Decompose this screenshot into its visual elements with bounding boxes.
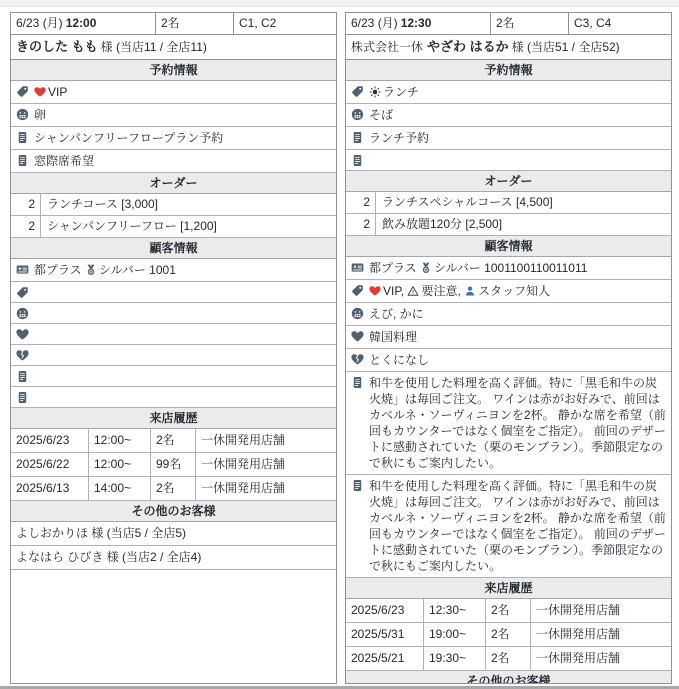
order-quantity: 2 (346, 214, 376, 235)
row-content: 韓国料理 (369, 329, 666, 345)
table-assignment: C3, C4 (569, 13, 671, 34)
visit-store: 一休開発用店舗 (196, 429, 336, 452)
warning-icon (407, 285, 419, 297)
sun-icon (369, 86, 381, 98)
row-content: ランチ予約 (369, 130, 666, 146)
info-row (346, 150, 671, 171)
visit-date: 2025/6/22 (11, 453, 89, 476)
info-row: VIP (11, 81, 336, 104)
row-content: ランチ (369, 84, 666, 100)
guest-name-row: 株式会社一休やざわ はるか様 (当店51 / 全店52) (346, 35, 671, 60)
panel-sections: 予約情報 ランチ そば ランチ予約 オーダー 2 ランチスペシャルコース [4,… (346, 60, 671, 684)
info-text: そば (369, 108, 393, 122)
info-row: ランチ (346, 81, 671, 104)
info-row (11, 345, 336, 366)
broken-heart-icon (16, 349, 29, 362)
tag-icon (16, 85, 29, 98)
party-size: 2名 (491, 13, 569, 34)
other-guest-row: よしおかりほ 様 (当店5 / 全店5) (11, 522, 336, 546)
info-row: ランチ予約 (346, 127, 671, 150)
top-strip (0, 0, 679, 7)
heart-icon (351, 330, 364, 343)
visit-date: 2025/5/21 (346, 647, 424, 670)
reservation-meta-row: 6/23 (月)12:00 2名 C1, C2 (11, 13, 336, 35)
reservation-time: 12:00 (66, 16, 97, 30)
info-text: 卵 (34, 108, 46, 122)
info-text: 韓国料理 (369, 330, 417, 344)
visit-history-row: 2025/5/31 19:00~ 2名 一休開発用店舗 (346, 623, 671, 647)
reservation-card: 6/23 (月)12:30 2名 C3, C4 株式会社一休やざわ はるか様 (… (345, 12, 672, 684)
row-content: 卵 (34, 107, 331, 123)
order-row: 2 飲み放題120分 [2,500] (346, 214, 671, 236)
visit-time: 19:30~ (424, 647, 486, 670)
row-content: 和牛を使用した料理を高く評価。特に「黒毛和牛の炭火焼」は毎回ご注文。 ワインは赤… (369, 478, 666, 574)
row-content: 都プラス シルバー 1001 (34, 262, 331, 278)
info-row: 韓国料理 (346, 326, 671, 349)
card-icon (351, 261, 364, 274)
medal-icon (85, 264, 97, 276)
info-text: 都プラス (369, 261, 420, 275)
table-assignment: C1, C2 (234, 13, 336, 34)
memo-icon (16, 154, 29, 167)
medal-icon (420, 262, 432, 274)
row-content: 窓際席希望 (34, 153, 331, 169)
row-content: とくになし (369, 352, 666, 368)
visit-party-size: 2名 (486, 647, 531, 670)
red-heart-icon (34, 86, 46, 98)
memo-icon (351, 131, 364, 144)
info-text: 和牛を使用した料理を高く評価。特に「黒毛和牛の炭火焼」は毎回ご注文。 ワインは赤… (369, 479, 666, 573)
visit-history-row: 2025/5/21 19:30~ 2名 一休開発用店舗 (346, 647, 671, 671)
info-row (11, 387, 336, 408)
section-header-order: オーダー (346, 171, 671, 192)
order-quantity: 2 (346, 192, 376, 213)
info-text: 要注意, (421, 284, 464, 298)
visit-store: 一休開発用店舗 (196, 477, 336, 500)
info-text: シルバー 1001100110011011 (434, 261, 587, 275)
visit-party-size: 2名 (151, 477, 196, 500)
order-item: ランチスペシャルコース [4,500] (376, 192, 671, 213)
order-row: 2 シャンパンフリーフロー [1,200] (11, 216, 336, 238)
info-text: VIP (48, 85, 67, 99)
memo-icon (16, 370, 29, 383)
info-row (11, 366, 336, 387)
visit-store: 一休開発用店舗 (531, 623, 671, 646)
info-text: ランチ (383, 85, 419, 99)
info-text: シルバー 1001 (99, 263, 176, 277)
section-header-info: 顧客情報 (11, 238, 336, 259)
section-header-history: 来店履歴 (346, 578, 671, 599)
order-item: 飲み放題120分 [2,500] (376, 214, 671, 235)
memo-icon (351, 154, 364, 167)
allergy-icon (351, 307, 364, 320)
info-text: 都プラス (34, 263, 85, 277)
order-row: 2 ランチコース [3,000] (11, 194, 336, 216)
info-text: 窓際席希望 (34, 154, 94, 168)
section-header-info: 顧客情報 (346, 236, 671, 257)
visit-store: 一休開発用店舗 (196, 453, 336, 476)
heart-icon (16, 328, 29, 341)
card-icon (16, 263, 29, 276)
memo-icon (351, 479, 364, 492)
tag-icon (351, 284, 364, 297)
info-row: とくになし (346, 349, 671, 372)
visit-history-row: 2025/6/23 12:00~ 2名 一休開発用店舗 (11, 429, 336, 453)
section-header-info: 予約情報 (11, 60, 336, 81)
info-text: スタッフ知人 (478, 284, 550, 298)
info-row: 都プラス シルバー 1001 (11, 259, 336, 282)
visit-time: 14:00~ (89, 477, 151, 500)
row-content: 和牛を使用した料理を高く評価。特に「黒毛和牛の炭火焼」は毎回ご注文。 ワインは赤… (369, 375, 666, 471)
visit-time: 12:00~ (89, 429, 151, 452)
order-item: ランチコース [3,000] (41, 194, 336, 215)
visit-date: 2025/5/31 (346, 623, 424, 646)
info-row: VIP, 要注意, スタッフ知人 (346, 280, 671, 303)
visit-party-size: 2名 (486, 623, 531, 646)
visit-date: 2025/6/23 (346, 599, 424, 622)
guest-name: きのした もも (16, 39, 98, 54)
visit-date: 2025/6/13 (11, 477, 89, 500)
memo-icon (351, 376, 364, 389)
tag-icon (351, 85, 364, 98)
row-content: そば (369, 107, 666, 123)
visit-store: 一休開発用店舗 (531, 647, 671, 670)
reservation-time: 12:30 (401, 16, 432, 30)
reservation-detail-popup: 6/23 (月)12:00 2名 C1, C2 きのした もも様 (当店11 /… (0, 0, 679, 689)
info-text: VIP, (383, 284, 407, 298)
visit-party-size: 2名 (151, 429, 196, 452)
guest-visit-counts: 様 (当店51 / 全店52) (512, 40, 620, 54)
red-heart-icon (369, 285, 381, 297)
allergy-icon (351, 108, 364, 121)
guest-name-row: きのした もも様 (当店11 / 全店11) (11, 35, 336, 60)
reservation-date: 6/23 (月) (16, 16, 63, 30)
row-content: VIP (34, 84, 331, 100)
reservation-meta-row: 6/23 (月)12:30 2名 C3, C4 (346, 13, 671, 35)
broken-heart-icon (351, 353, 364, 366)
section-header-order: オーダー (11, 173, 336, 194)
visit-history-row: 2025/6/22 12:00~ 99名 一休開発用店舗 (11, 453, 336, 477)
info-row: えび, かに (346, 303, 671, 326)
visit-date: 2025/6/23 (11, 429, 89, 452)
tag-icon (16, 286, 29, 299)
reservation-date: 6/23 (月) (351, 16, 398, 30)
section-header-guests: その他のお客様 (346, 671, 671, 684)
info-text: ランチ予約 (369, 131, 429, 145)
info-row: 和牛を使用した料理を高く評価。特に「黒毛和牛の炭火焼」は毎回ご注文。 ワインは赤… (346, 475, 671, 578)
guest-visit-counts: 様 (当店11 / 全店11) (101, 40, 207, 54)
visit-party-size: 99名 (151, 453, 196, 476)
visit-store: 一休開発用店舗 (531, 599, 671, 622)
guest-name: やざわ はるか (427, 39, 509, 54)
row-content: 都プラス シルバー 1001100110011011 (369, 260, 666, 276)
reservation-card: 6/23 (月)12:00 2名 C1, C2 きのした もも様 (当店11 /… (10, 12, 337, 684)
order-item: シャンパンフリーフロー [1,200] (41, 216, 336, 237)
info-row: 窓際席希望 (11, 150, 336, 173)
info-row: シャンパンフリーフロープラン予約 (11, 127, 336, 150)
info-row (11, 303, 336, 324)
info-row: 都プラス シルバー 1001100110011011 (346, 257, 671, 280)
allergy-icon (16, 108, 29, 121)
other-guest-row: よなはら ひびき 様 (当店2 / 全店4) (11, 546, 336, 570)
visit-party-size: 2名 (486, 599, 531, 622)
reservation-panels: 6/23 (月)12:00 2名 C1, C2 きのした もも様 (当店11 /… (0, 7, 679, 684)
row-content: えび, かに (369, 306, 666, 322)
row-content: シャンパンフリーフロープラン予約 (34, 130, 331, 146)
info-row: そば (346, 104, 671, 127)
allergy-icon (16, 307, 29, 320)
memo-icon (16, 391, 29, 404)
order-row: 2 ランチスペシャルコース [4,500] (346, 192, 671, 214)
order-quantity: 2 (11, 194, 41, 215)
party-size: 2名 (156, 13, 234, 34)
panel-sections: 予約情報 VIP 卵 シャンパンフリーフロープラン予約 窓際席希望 オーダー 2… (11, 60, 336, 570)
visit-history-row: 2025/6/13 14:00~ 2名 一休開発用店舗 (11, 477, 336, 501)
info-text: 和牛を使用した料理を高く評価。特に「黒毛和牛の炭火焼」は毎回ご注文。 ワインは赤… (369, 376, 666, 470)
info-text: えび, かに (369, 307, 424, 321)
row-content: VIP, 要注意, スタッフ知人 (369, 283, 666, 299)
info-row: 卵 (11, 104, 336, 127)
visit-time: 19:00~ (424, 623, 486, 646)
info-row: 和牛を使用した料理を高く評価。特に「黒毛和牛の炭火焼」は毎回ご注文。 ワインは赤… (346, 372, 671, 475)
section-header-history: 来店履歴 (11, 408, 336, 429)
info-row (11, 324, 336, 345)
info-text: とくになし (369, 353, 429, 367)
visit-time: 12:30~ (424, 599, 486, 622)
info-text: シャンパンフリーフロープラン予約 (34, 131, 223, 145)
reservation-datetime: 6/23 (月)12:00 (11, 13, 156, 34)
person-icon (464, 285, 476, 297)
info-row (11, 282, 336, 303)
memo-icon (16, 131, 29, 144)
section-header-guests: その他のお客様 (11, 501, 336, 522)
visit-history-row: 2025/6/23 12:30~ 2名 一休開発用店舗 (346, 599, 671, 623)
order-quantity: 2 (11, 216, 41, 237)
guest-company: 株式会社一休 (351, 40, 423, 54)
section-header-info: 予約情報 (346, 60, 671, 81)
reservation-datetime: 6/23 (月)12:30 (346, 13, 491, 34)
visit-time: 12:00~ (89, 453, 151, 476)
